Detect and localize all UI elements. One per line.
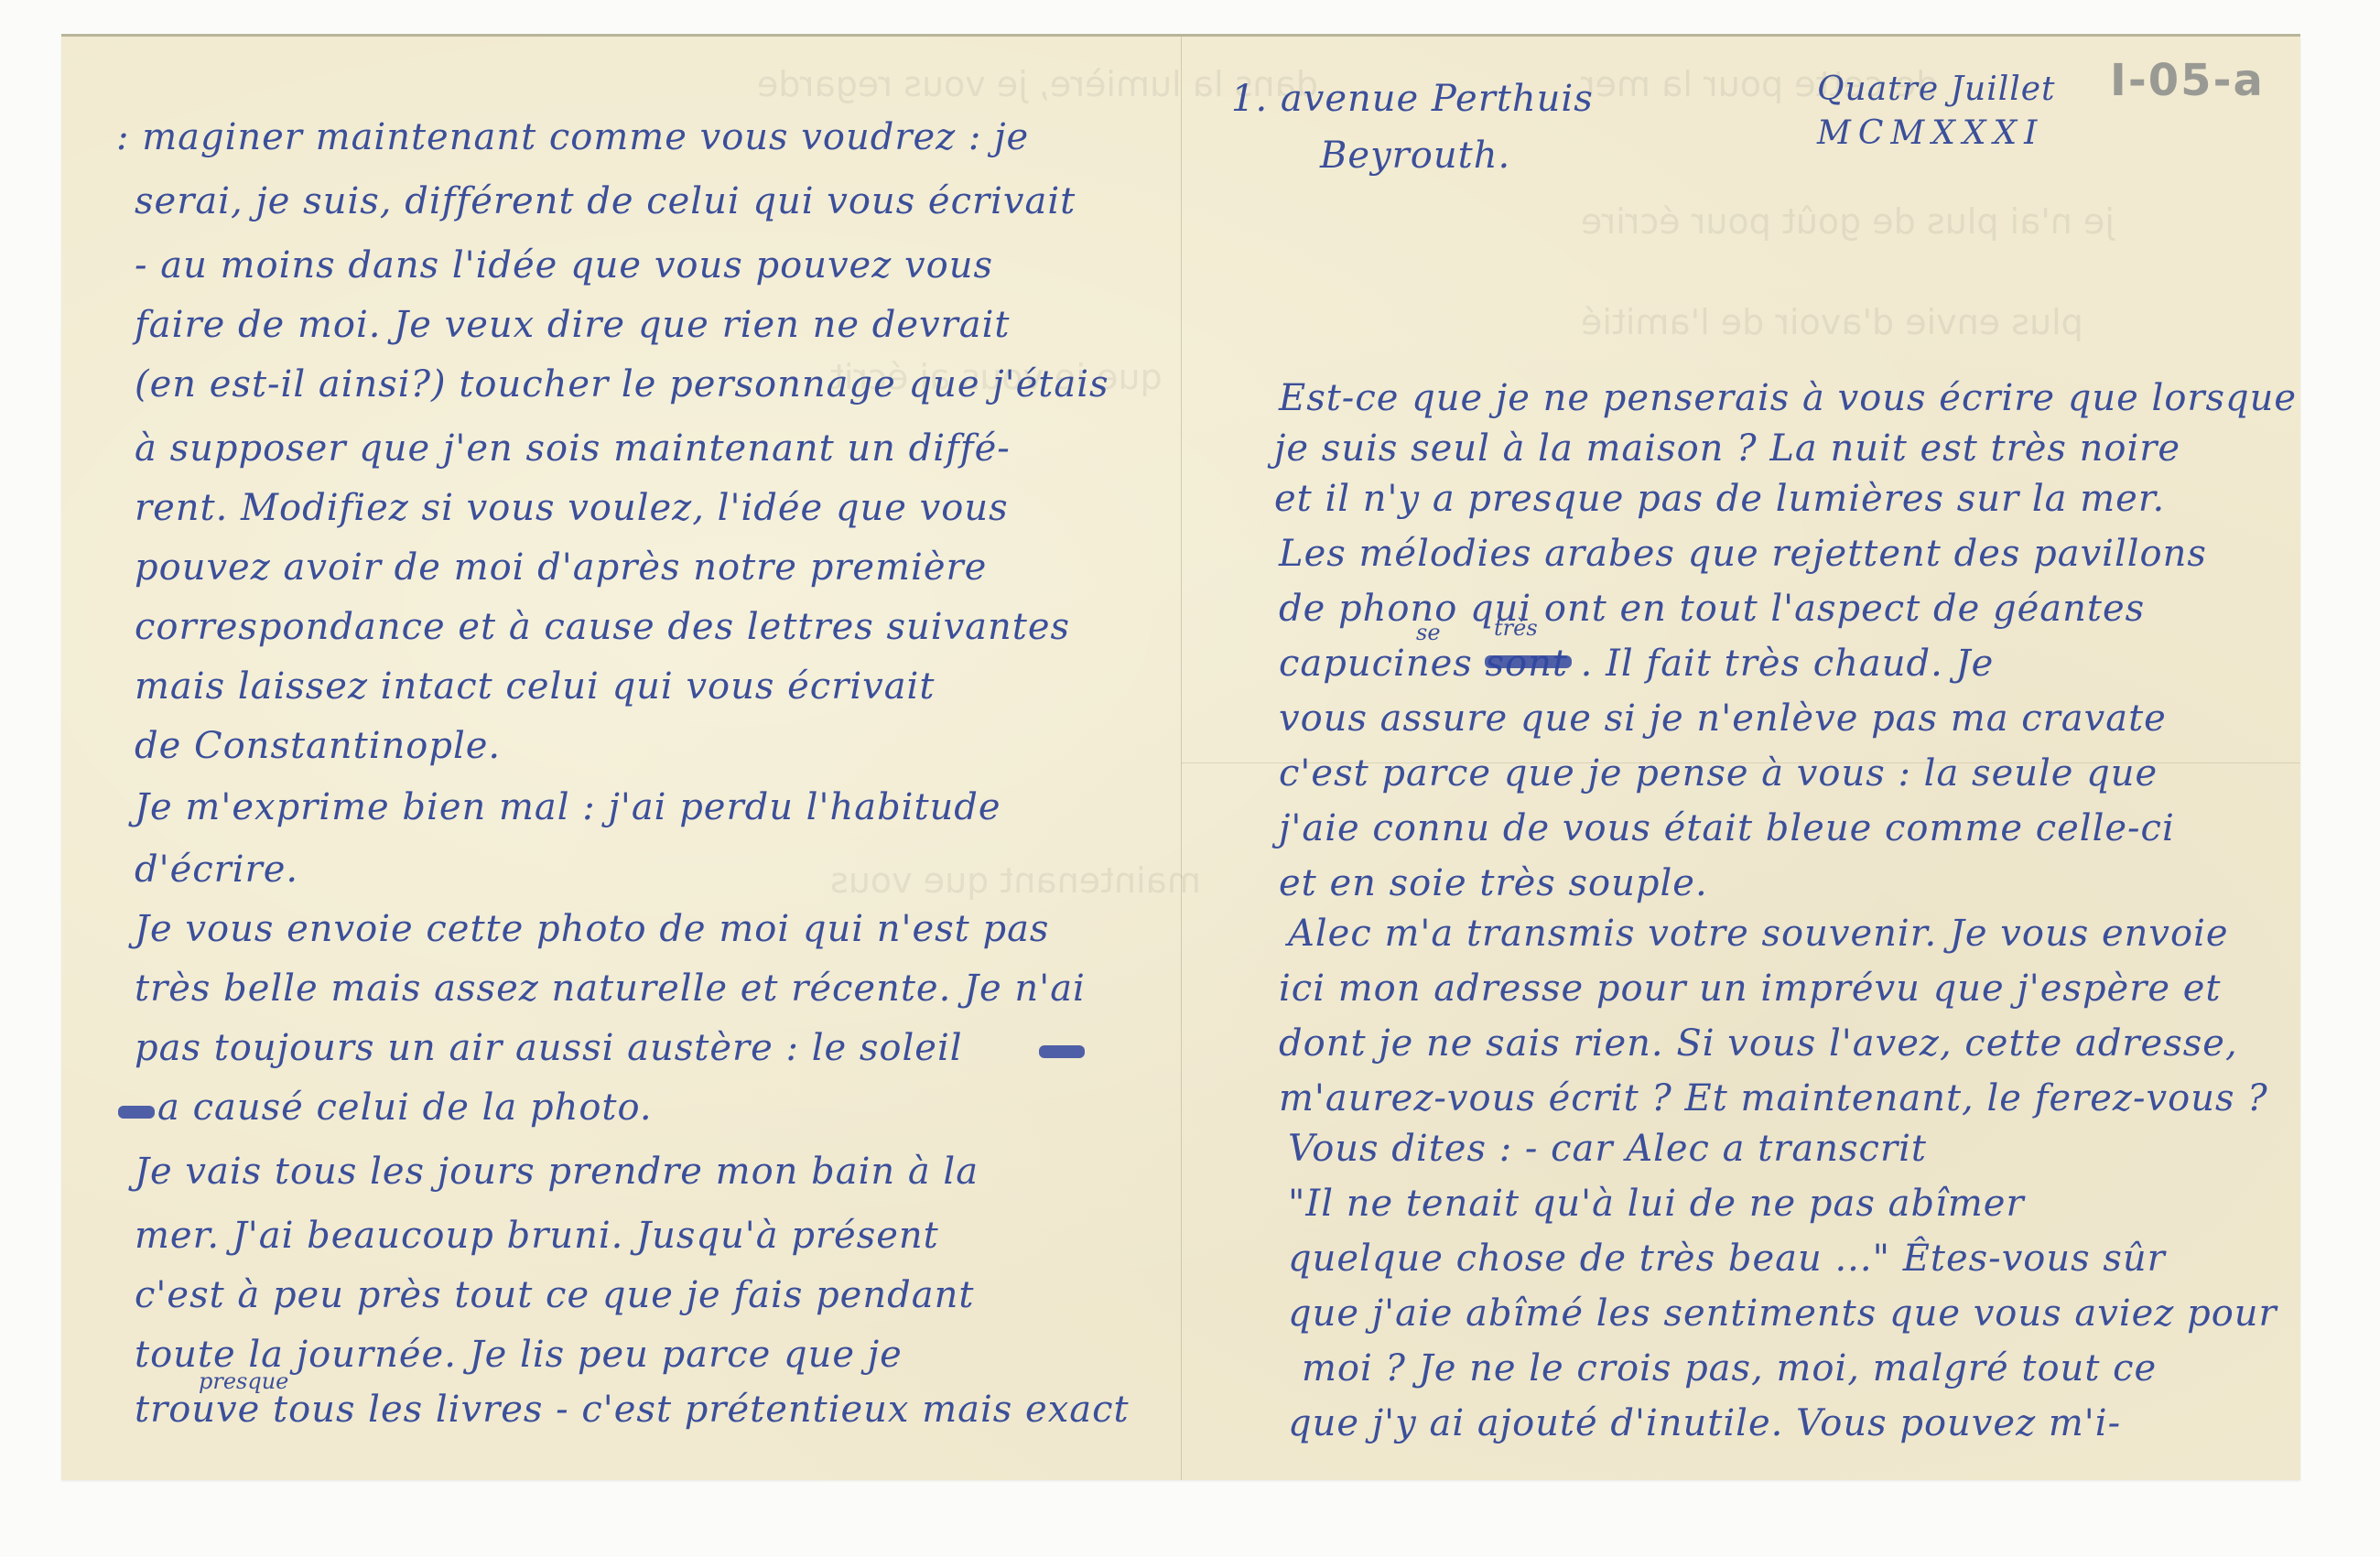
inserted-word: très xyxy=(1494,615,1538,641)
text-line: pouvez avoir de moi d'après notre premiè… xyxy=(135,549,987,586)
strikethrough-mark xyxy=(118,1106,155,1119)
date-line-2: MCMXXXI xyxy=(1817,117,2044,150)
bleed-through-text: plus envie d'avoir de l'amitié xyxy=(1581,302,2083,342)
text-line: serai, je suis, différent de celui qui v… xyxy=(135,183,1076,220)
text-line: moi ? Je ne le crois pas, moi, malgré to… xyxy=(1302,1350,2157,1387)
text-line: j'aie connu de vous était bleue comme ce… xyxy=(1279,810,2175,847)
strikethrough-mark xyxy=(1039,1045,1085,1058)
letter-sheet: dans la lumière, je vous regarde de cett… xyxy=(61,37,2300,1480)
text-line: vous assure que si je n'enlève pas ma cr… xyxy=(1279,700,2167,737)
text-line: de Constantinople. xyxy=(135,728,501,764)
text-line: m'aurez-vous écrit ? Et maintenant, le f… xyxy=(1279,1080,2268,1117)
text-line: Je m'exprime bien mal : j'ai perdu l'hab… xyxy=(135,789,1001,826)
text-line: c'est à peu près tout ce que je fais pen… xyxy=(135,1277,974,1314)
address-line-2: Beyrouth. xyxy=(1320,137,1510,174)
text-line: - au moins dans l'idée que vous pouvez v… xyxy=(135,247,993,284)
text-line: Alec m'a transmis votre souvenir. Je vou… xyxy=(1288,915,2229,952)
text-line: capucines sont . Il fait très chaud. Je xyxy=(1279,645,1994,682)
text-line: faire de moi. Je veux dire que rien ne d… xyxy=(135,307,1011,343)
text-line: Est-ce que je ne penserais à vous écrire… xyxy=(1279,380,2297,416)
text-line: que j'y ai ajouté d'inutile. Vous pouvez… xyxy=(1288,1405,2121,1442)
text-line: Vous dites : - car Alec a transcrit xyxy=(1288,1130,1927,1167)
address-line-1: 1. avenue Perthuis xyxy=(1231,81,1594,117)
text-line: pas toujours un air aussi austère : le s… xyxy=(135,1030,963,1066)
bleed-through-text: maintenant que vous xyxy=(830,860,1201,901)
text-line: que j'aie abîmé les sentiments que vous … xyxy=(1288,1295,2277,1332)
text-line: Je vous envoie cette photo de moi qui n'… xyxy=(135,911,1049,947)
archive-mark: I-05-a xyxy=(2110,55,2265,106)
text-line: d'écrire. xyxy=(135,851,298,888)
text-line: Les mélodies arabes que rejettent des pa… xyxy=(1279,535,2207,572)
text-line: de phono qui ont en tout l'aspect de géa… xyxy=(1279,590,2145,627)
text-line: très belle mais assez naturelle et récen… xyxy=(135,970,1086,1007)
text-line: toute la journée. Je lis peu parce que j… xyxy=(135,1336,903,1373)
text-line: quelque chose de très beau ..." Êtes-vou… xyxy=(1288,1240,2166,1277)
text-line: je suis seul à la maison ? La nuit est t… xyxy=(1274,430,2180,467)
text-line: rent. Modifiez si vous voulez, l'idée qu… xyxy=(135,490,1009,526)
text-line: et en soie très souple. xyxy=(1279,865,1708,902)
text-line: : maginer maintenant comme vous voudrez … xyxy=(116,119,1029,156)
text-line: ici mon adresse pour un imprévu que j'es… xyxy=(1279,970,2221,1007)
strikethrough-mark xyxy=(1485,655,1572,668)
text-line: à supposer que j'en sois maintenant un d… xyxy=(135,430,1011,467)
text-line: mais laissez intact celui qui vous écriv… xyxy=(135,668,935,705)
text-line: trouve tous les livres - c'est prétentie… xyxy=(135,1391,1130,1428)
text-line: correspondance et à cause des lettres su… xyxy=(135,609,1070,645)
inserted-word: se xyxy=(1416,620,1441,645)
text-line: dont je ne sais rien. Si vous l'avez, ce… xyxy=(1279,1025,2238,1062)
text-line: "Il ne tenait qu'à lui de ne pas abîmer xyxy=(1288,1185,2025,1222)
date-line-1: Quatre Juillet xyxy=(1817,73,2056,106)
center-fold xyxy=(1181,37,1182,1480)
text-line: a causé celui de la photo. xyxy=(157,1089,653,1126)
text-line: c'est parce que je pense à vous : la seu… xyxy=(1279,755,2158,792)
text-line: (en est-il ainsi?) toucher le personnage… xyxy=(135,366,1109,403)
bleed-through-text: je n'ai plus de goût pour écrire xyxy=(1581,201,2115,242)
text-line: Je vais tous les jours prendre mon bain … xyxy=(135,1153,979,1190)
text-line: mer. J'ai beaucoup bruni. Jusqu'à présen… xyxy=(135,1217,939,1254)
text-line: et il n'y a presque pas de lumières sur … xyxy=(1274,481,2165,517)
